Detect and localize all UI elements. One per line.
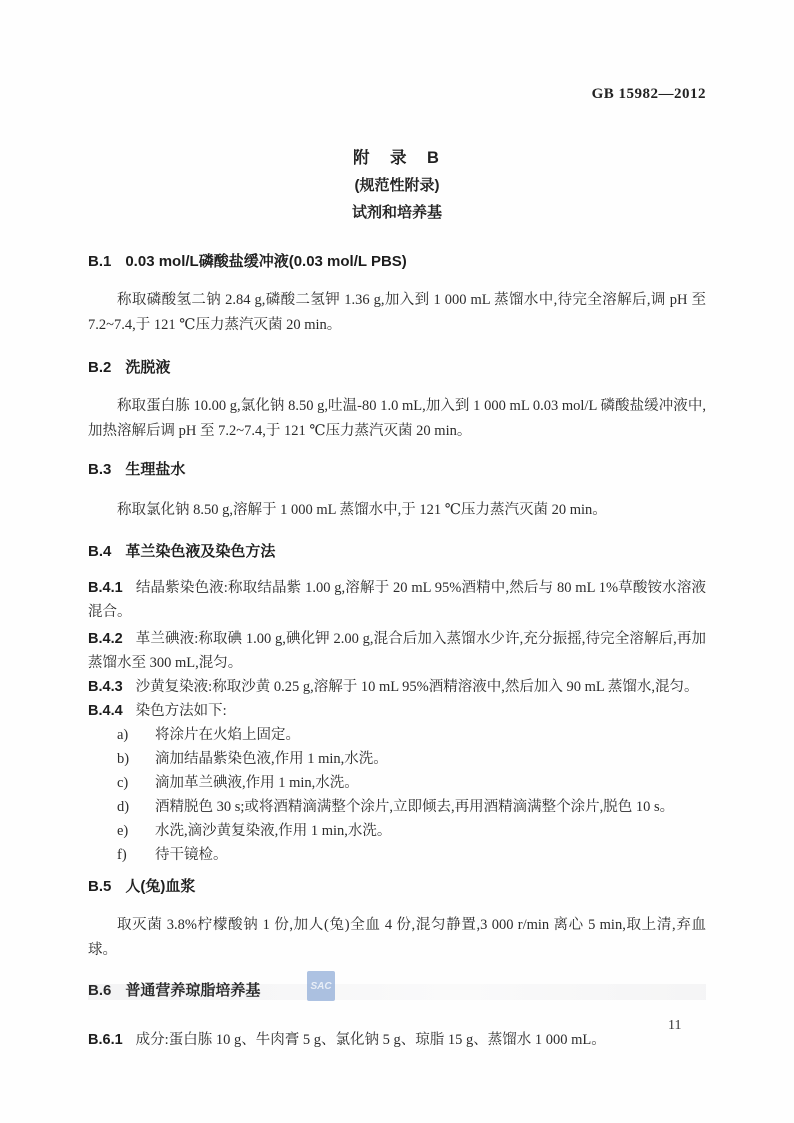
list-item: f) 待干镜检。 <box>88 843 706 867</box>
list-item-text: 待干镜检。 <box>155 843 228 867</box>
staining-steps-list: a) 将涂片在火焰上固定。 b) 滴加结晶紫染色液,作用 1 min,水洗。 c… <box>88 723 706 867</box>
clause-title: 生理盐水 <box>125 461 185 478</box>
subclause-text: 沙黄复染液:称取沙黄 0.25 g,溶解于 10 mL 95%酒精溶液中,然后加… <box>136 679 699 695</box>
subclause-text: 成分:蛋白胨 10 g、牛肉膏 5 g、氯化钠 5 g、琼脂 15 g、蒸馏水 … <box>136 1032 606 1048</box>
list-item: d) 酒精脱色 30 s;或将酒精滴满整个涂片,立即倾去,再用酒精滴满整个涂片,… <box>88 795 706 819</box>
section-b1-paragraph: 称取磷酸氢二钠 2.84 g,磷酸二氢钾 1.36 g,加入到 1 000 mL… <box>88 288 706 338</box>
clause-number: B.6.1 <box>88 1032 123 1048</box>
appendix-subtitle-normative: (规范性附录) <box>88 172 706 199</box>
section-heading-b6: B.6普通营养琼脂培养基 <box>88 981 706 1001</box>
section-b2-paragraph: 称取蛋白胨 10.00 g,氯化钠 8.50 g,吐温-80 1.0 mL,加入… <box>88 394 706 444</box>
list-item-label: a) <box>117 723 155 747</box>
subclause-b42: B.4.2革兰碘液:称取碘 1.00 g,碘化钾 2.00 g,混合后加入蒸馏水… <box>88 627 706 675</box>
section-b5-paragraph: 取灭菌 3.8%柠檬酸钠 1 份,加人(兔)全血 4 份,混匀静置,3 000 … <box>88 913 706 963</box>
subclause-b41: B.4.1结晶紫染色液:称取结晶紫 1.00 g,溶解于 20 mL 95%酒精… <box>88 576 706 624</box>
clause-number: B.4.2 <box>88 631 123 647</box>
list-item-text: 将涂片在火焰上固定。 <box>155 723 300 747</box>
section-heading-b4: B.4革兰染色液及染色方法 <box>88 542 706 562</box>
subclause-text: 染色方法如下: <box>136 703 227 719</box>
appendix-title-block: 附 录 B (规范性附录) 试剂和培养基 <box>88 145 706 226</box>
list-item: a) 将涂片在火焰上固定。 <box>88 723 706 747</box>
list-item: b) 滴加结晶紫染色液,作用 1 min,水洗。 <box>88 747 706 771</box>
subclause-b61: B.6.1成分:蛋白胨 10 g、牛肉膏 5 g、氯化钠 5 g、琼脂 15 g… <box>88 1028 706 1052</box>
appendix-title: 附 录 B <box>88 145 706 172</box>
clause-number: B.6 <box>88 982 111 999</box>
clause-title: 人(兔)血浆 <box>125 878 195 895</box>
list-item-text: 滴加结晶紫染色液,作用 1 min,水洗。 <box>155 747 388 771</box>
clause-number: B.4.1 <box>88 580 123 596</box>
subclause-text: 结晶紫染色液:称取结晶紫 1.00 g,溶解于 20 mL 95%酒精中,然后与… <box>88 580 706 620</box>
subclause-text: 革兰碘液:称取碘 1.00 g,碘化钾 2.00 g,混合后加入蒸馏水少许,充分… <box>88 631 706 671</box>
section-b3-paragraph: 称取氯化钠 8.50 g,溶解于 1 000 mL 蒸馏水中,于 121 ℃压力… <box>88 498 706 523</box>
clause-number: B.1 <box>88 253 111 270</box>
subclause-b43: B.4.3沙黄复染液:称取沙黄 0.25 g,溶解于 10 mL 95%酒精溶液… <box>88 675 706 699</box>
clause-title: 0.03 mol/L磷酸盐缓冲液(0.03 mol/L PBS) <box>125 253 406 270</box>
clause-title: 普通营养琼脂培养基 <box>125 982 260 999</box>
clause-number: B.2 <box>88 359 111 376</box>
section-heading-b1: B.10.03 mol/L磷酸盐缓冲液(0.03 mol/L PBS) <box>88 252 706 272</box>
list-item-label: b) <box>117 747 155 771</box>
list-item-label: e) <box>117 819 155 843</box>
list-item-text: 滴加革兰碘液,作用 1 min,水洗。 <box>155 771 359 795</box>
clause-number: B.4.3 <box>88 679 123 695</box>
list-item-text: 酒精脱色 30 s;或将酒精滴满整个涂片,立即倾去,再用酒精滴满整个涂片,脱色 … <box>155 795 674 819</box>
list-item-label: c) <box>117 771 155 795</box>
section-heading-b2: B.2洗脱液 <box>88 358 706 378</box>
clause-number: B.4.4 <box>88 703 123 719</box>
section-heading-b5: B.5人(兔)血浆 <box>88 877 706 897</box>
list-item: e) 水洗,滴沙黄复染液,作用 1 min,水洗。 <box>88 819 706 843</box>
section-heading-b3: B.3生理盐水 <box>88 460 706 480</box>
page-number: 11 <box>668 1018 681 1034</box>
clause-number: B.4 <box>88 543 111 560</box>
clause-number: B.5 <box>88 878 111 895</box>
clause-number: B.3 <box>88 461 111 478</box>
list-item-label: d) <box>117 795 155 819</box>
clause-title: 革兰染色液及染色方法 <box>125 543 275 560</box>
clause-title: 洗脱液 <box>125 359 170 376</box>
subclause-b44: B.4.4染色方法如下: <box>88 699 706 723</box>
page-content: GB 15982—2012 附 录 B (规范性附录) 试剂和培养基 B.10.… <box>0 0 794 1052</box>
list-item-label: f) <box>117 843 155 867</box>
list-item: c) 滴加革兰碘液,作用 1 min,水洗。 <box>88 771 706 795</box>
appendix-subtitle-name: 试剂和培养基 <box>88 199 706 226</box>
standard-code-header: GB 15982—2012 <box>88 0 706 103</box>
document-page: GB 15982—2012 附 录 B (规范性附录) 试剂和培养基 B.10.… <box>0 0 794 1123</box>
list-item-text: 水洗,滴沙黄复染液,作用 1 min,水洗。 <box>155 819 391 843</box>
